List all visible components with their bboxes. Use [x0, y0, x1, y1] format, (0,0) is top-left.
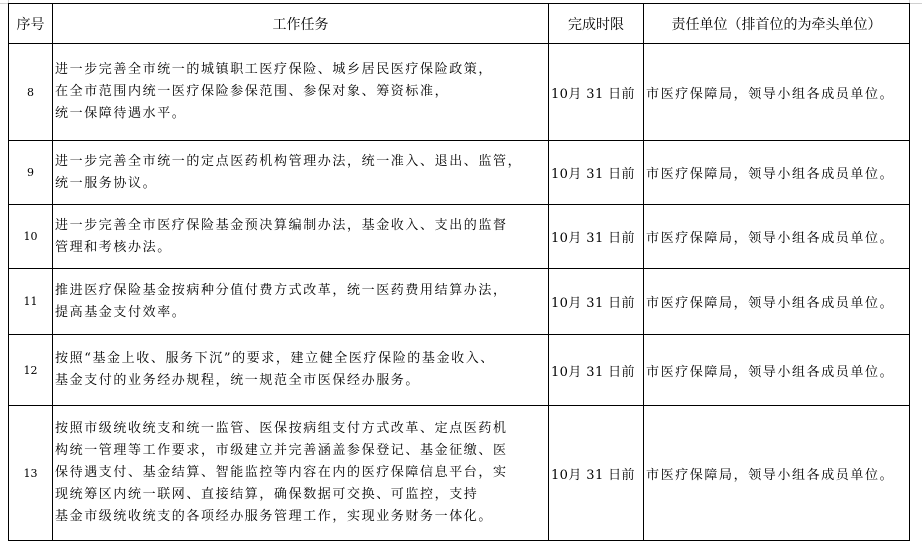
header-seq: 序号	[9, 4, 53, 44]
row-task: 进一步完善全市统一的定点医药机构管理办法，统一准入、退出、监管， 统一服务协议。	[53, 141, 549, 205]
task-line: 统一服务协议。	[55, 173, 546, 195]
row-unit: 市医疗保障局，领导小组各成员单位。	[644, 269, 910, 335]
table-row: 13 按照市级统收统支和统一监管、医保按病组支付方式改革、定点医药机 构统一管理…	[9, 406, 910, 541]
row-deadline: 10月 31 日前	[549, 335, 644, 406]
table-row: 12 按照“基金上收、服务下沉”的要求，建立健全医疗保险的基金收入、 基金支付的…	[9, 335, 910, 406]
row-task: 进一步完善全市统一的城镇职工医疗保险、城乡居民医疗保险政策， 在全市范围内统一医…	[53, 44, 549, 141]
row-task: 进一步完善全市医疗保险基金预决算编制办法，基金收入、支出的监督 管理和考核办法。	[53, 205, 549, 269]
task-line: 保待遇支付、基金结算、智能监控等内容在内的医疗保障信息平台，实	[55, 462, 546, 484]
task-line: 进一步完善全市统一的城镇职工医疗保险、城乡居民医疗保险政策，	[55, 59, 546, 81]
header-task: 工作任务	[53, 4, 549, 44]
row-deadline: 10月 31 日前	[549, 141, 644, 205]
task-line: 管理和考核办法。	[55, 237, 546, 259]
row-seq: 12	[9, 335, 53, 406]
row-unit: 市医疗保障局，领导小组各成员单位。	[644, 141, 910, 205]
row-task: 按照市级统收统支和统一监管、医保按病组支付方式改革、定点医药机 构统一管理等工作…	[53, 406, 549, 541]
row-deadline: 10月 31 日前	[549, 269, 644, 335]
row-unit: 市医疗保障局，领导小组各成员单位。	[644, 335, 910, 406]
task-line: 进一步完善全市统一的定点医药机构管理办法，统一准入、退出、监管，	[55, 151, 546, 173]
header-row: 序号 工作任务 完成时限 责任单位（排首位的为牵头单位）	[9, 4, 910, 44]
task-line: 提高基金支付效率。	[55, 302, 546, 324]
row-seq: 9	[9, 141, 53, 205]
row-seq: 8	[9, 44, 53, 141]
row-seq: 13	[9, 406, 53, 541]
header-unit: 责任单位（排首位的为牵头单位）	[644, 4, 910, 44]
task-line: 按照“基金上收、服务下沉”的要求，建立健全医疗保险的基金收入、	[55, 348, 546, 370]
row-unit: 市医疗保障局，领导小组各成员单位。	[644, 205, 910, 269]
table-row: 10 进一步完善全市医疗保险基金预决算编制办法，基金收入、支出的监督 管理和考核…	[9, 205, 910, 269]
table-row: 11 推进医疗保险基金按病种分值付费方式改革，统一医药费用结算办法， 提高基金支…	[9, 269, 910, 335]
sheet-corner-right	[909, 0, 922, 4]
row-deadline: 10月 31 日前	[549, 44, 644, 141]
row-deadline: 10月 31 日前	[549, 205, 644, 269]
row-seq: 10	[9, 205, 53, 269]
task-line: 推进医疗保险基金按病种分值付费方式改革，统一医药费用结算办法，	[55, 280, 546, 302]
row-task: 推进医疗保险基金按病种分值付费方式改革，统一医药费用结算办法， 提高基金支付效率…	[53, 269, 549, 335]
table-row: 9 进一步完善全市统一的定点医药机构管理办法，统一准入、退出、监管， 统一服务协…	[9, 141, 910, 205]
task-line: 统一保障待遇水平。	[55, 103, 546, 125]
row-task: 按照“基金上收、服务下沉”的要求，建立健全医疗保险的基金收入、 基金支付的业务经…	[53, 335, 549, 406]
row-unit: 市医疗保障局，领导小组各成员单位。	[644, 406, 910, 541]
task-table: 序号 工作任务 完成时限 责任单位（排首位的为牵头单位） 8 进一步完善全市统一…	[8, 3, 910, 541]
row-seq: 11	[9, 269, 53, 335]
task-line: 基金市级统收统支的各项经办服务管理工作，实现业务财务一体化。	[55, 506, 546, 528]
task-line: 在全市范围内统一医疗保险参保范围、参保对象、筹资标准，	[55, 81, 546, 103]
task-line: 现统筹区内统一联网、直接结算，确保数据可交换、可监控，支持	[55, 484, 546, 506]
task-line: 构统一管理等工作要求，市级建立并完善涵盖参保登记、基金征缴、医	[55, 440, 546, 462]
task-line: 按照市级统收统支和统一监管、医保按病组支付方式改革、定点医药机	[55, 418, 546, 440]
header-deadline: 完成时限	[549, 4, 644, 44]
row-unit: 市医疗保障局，领导小组各成员单位。	[644, 44, 910, 141]
row-deadline: 10月 31 日前	[549, 406, 644, 541]
task-line: 进一步完善全市医疗保险基金预决算编制办法，基金收入、支出的监督	[55, 215, 546, 237]
task-line: 基金支付的业务经办规程，统一规范全市医保经办服务。	[55, 370, 546, 392]
table-row: 8 进一步完善全市统一的城镇职工医疗保险、城乡居民医疗保险政策， 在全市范围内统…	[9, 44, 910, 141]
